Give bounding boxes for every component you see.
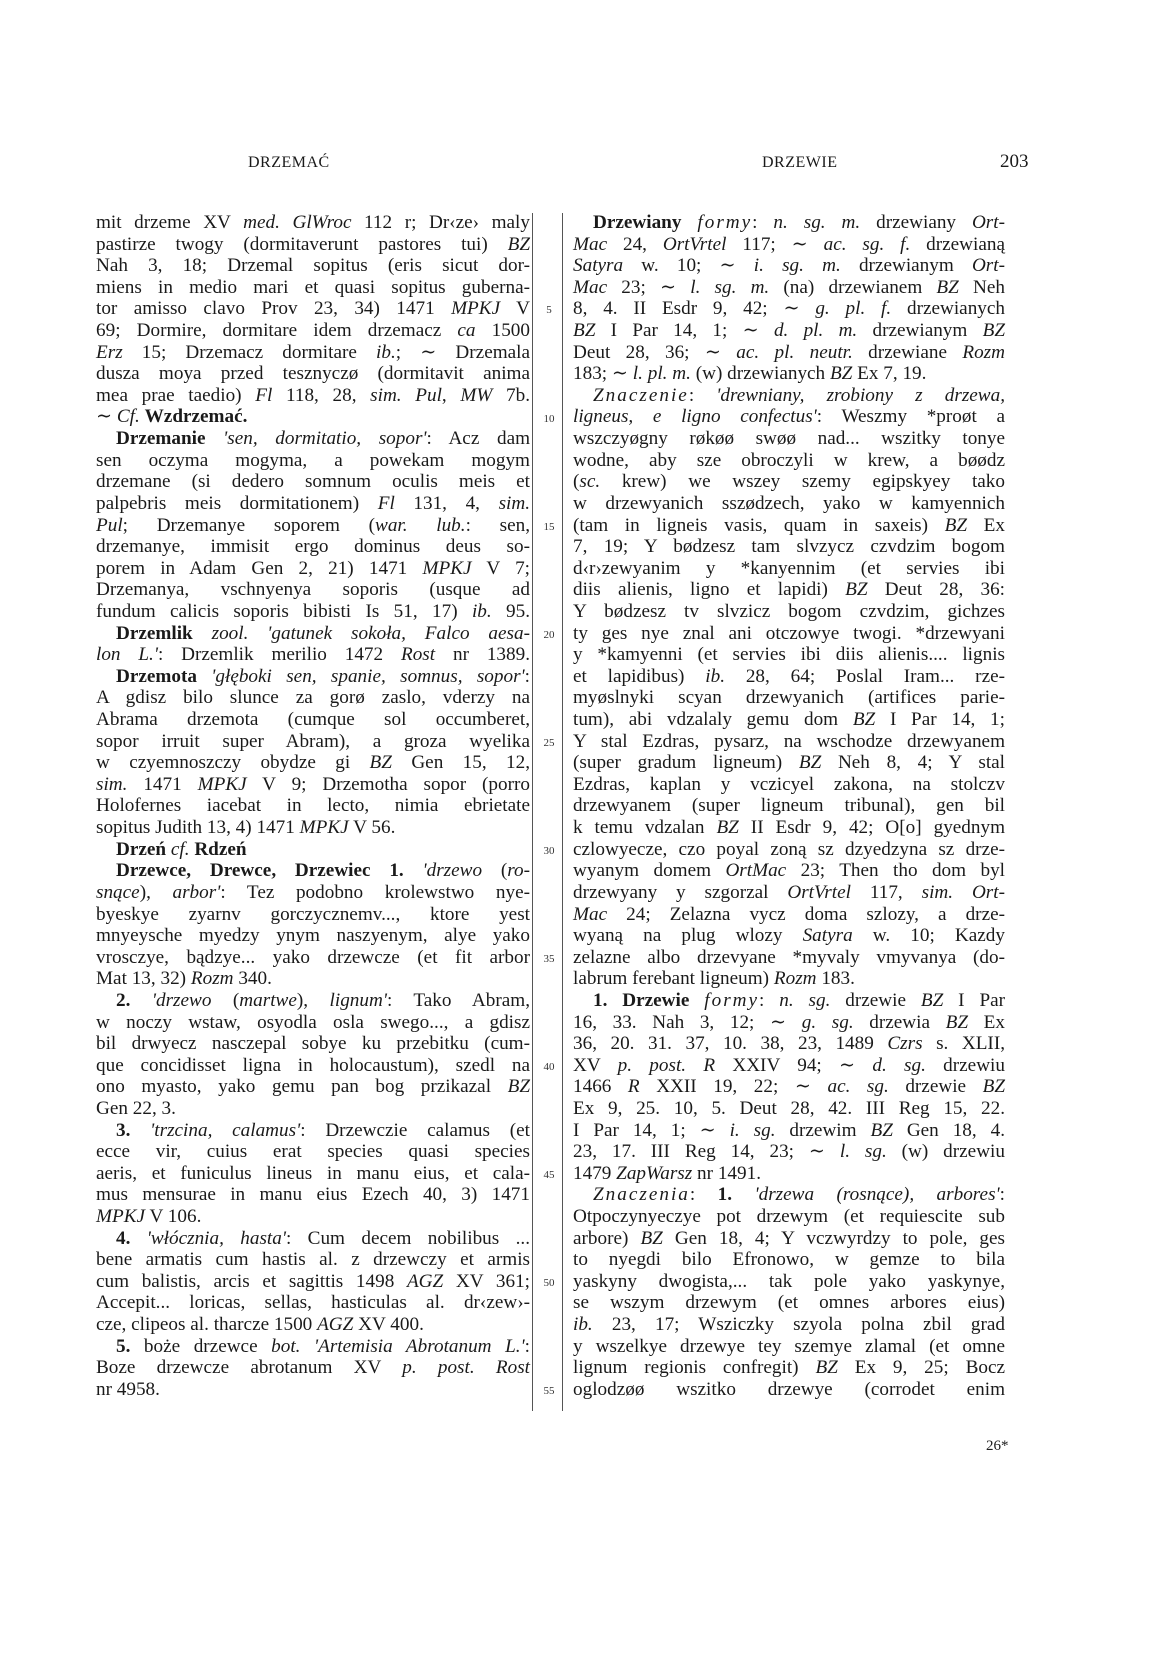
text-run: XXII 19, 22; ∼	[640, 1076, 828, 1097]
text-run: ib.	[376, 342, 396, 363]
text-run: mea prae taedio)	[96, 385, 255, 406]
text-line: Drzewiany formy: n. sg. m. drzewiany Ort…	[573, 212, 1005, 234]
text-run: bene armatis cum hastis al. z drzewczy e…	[96, 1249, 530, 1270]
text-run: : Acz dam	[427, 428, 530, 449]
text-run: :	[1000, 1184, 1005, 1205]
text-run: MPKJ	[96, 1206, 145, 1227]
text-run: BZ	[946, 1012, 968, 1033]
text-line: A gdisz bilo slunce za gorø zaslo, vderz…	[96, 687, 530, 709]
text-run: : Drzemlik merilio 1472	[158, 644, 401, 665]
text-run: 16, 33. Nah 3, 12; ∼	[573, 1012, 802, 1033]
text-run: drzewie	[830, 990, 920, 1011]
text-line: (sc. krew) we wszey szemy egipskyey tako	[573, 471, 1005, 493]
text-run: BZ	[945, 515, 967, 536]
text-line: k temu vdzalan BZ II Esdr 9, 42; O[o] gy…	[573, 817, 1005, 839]
text-line: 4. 'włócznia, hasta': Cum decem nobilibu…	[96, 1228, 530, 1250]
text-run: w. 10; ∼	[623, 255, 754, 276]
text-run: lignum'	[330, 990, 387, 1011]
text-line: drzewyanem (super ligneum tribunal), gen…	[573, 795, 1005, 817]
text-line: Ex 9, 25. 10, 5. Deut 28, 42. III Reg 15…	[573, 1098, 1005, 1120]
text-run: 95.	[492, 601, 530, 622]
text-run: ),	[140, 882, 173, 903]
text-run: sim.	[499, 493, 530, 514]
text-line: wyanym domem OrtMac 23; Then tho dom byl	[573, 860, 1005, 882]
text-run: to nyegdi bilo Efronowo, w gemze to bila	[573, 1249, 1005, 1270]
text-run: : Drzewczie calamus (et	[300, 1120, 530, 1141]
text-line: I Par 14, 1; ∼ i. sg. drzewim BZ Gen 18,…	[573, 1120, 1005, 1142]
text-line: Drzemlik zool. 'gatunek sokoła, Falco ae…	[96, 623, 530, 645]
text-line: myøslnyki scyan drzewyanich (artifices p…	[573, 687, 1005, 709]
text-run: Rozm	[191, 968, 234, 989]
text-run: Drzewiany	[593, 212, 681, 233]
line-number: 40	[540, 1061, 558, 1073]
text-run: g. pl. f.	[815, 298, 891, 319]
text-run: Nah 3, 18; Drzemal sopitus (eris sicut d…	[96, 255, 530, 276]
text-run: n. sg. m.	[773, 212, 860, 233]
text-line: 1479 ZapWarsz nr 1491.	[573, 1163, 1005, 1185]
right-column: Drzewiany formy: n. sg. m. drzewiany Ort…	[573, 212, 1005, 1401]
text-run: vrosczye, bądzye... yako drzewcze (et fi…	[96, 947, 530, 968]
text-run: Drzeń	[116, 839, 166, 860]
text-line: cze, clipeos al. tharcze 1500 AGZ XV 400…	[96, 1314, 530, 1336]
text-run: 15; Drzemacz dormitare	[123, 342, 376, 363]
line-number: 5	[540, 304, 558, 316]
text-run: Satyra	[803, 925, 853, 946]
text-line: y *kamyenni (et servies ibi diis alienis…	[573, 644, 1005, 666]
text-run: se wszym drzewym (et omnes arbores eius)	[573, 1292, 1005, 1313]
text-run: Rozm	[962, 342, 1005, 363]
text-line: 5. boże drzewce bot. 'Artemisia Abrotanu…	[96, 1336, 530, 1358]
text-line: czlowyecze, czo poyal zoną sz dzyedzyna …	[573, 839, 1005, 861]
text-run: BZ	[716, 817, 738, 838]
text-run: V 106.	[145, 1206, 201, 1227]
text-run: i. sg. m.	[754, 255, 841, 276]
text-run: 117,	[851, 882, 922, 903]
text-line: mea prae taedio) Fl 118, 28, sim. Pul, M…	[96, 385, 530, 407]
text-run: Rost	[401, 644, 435, 665]
text-run: 117; ∼	[726, 234, 823, 255]
text-run: Ex 7, 19.	[852, 363, 926, 384]
text-line: 8, 4. II Esdr 9, 42; ∼ g. pl. f. drzewia…	[573, 298, 1005, 320]
text-run: ca	[457, 320, 475, 341]
text-run: ty ges nye znal ani otczowye twogi. *drz…	[573, 623, 1005, 644]
text-run: p. post. R	[618, 1055, 715, 1076]
text-run: I Par	[943, 990, 1005, 1011]
text-line: 36, 20. 31. 37, 10. 38, 23, 1489 Czrs s.…	[573, 1033, 1005, 1055]
text-run: drzewiane	[853, 342, 963, 363]
text-run: ecce vir, cuius erat species quasi speci…	[96, 1141, 530, 1162]
text-line: Satyra w. 10; ∼ i. sg. m. drzewianym Ort…	[573, 255, 1005, 277]
text-line: yaskyny dwogista,... tak pole yako yasky…	[573, 1271, 1005, 1293]
text-run: Deut 28, 36:	[868, 579, 1005, 600]
text-run: Znaczenie	[593, 385, 689, 406]
text-run: krew) we wszey szemy egipskyey tako	[600, 471, 1005, 492]
text-run: cf.	[171, 839, 190, 860]
text-run: zelazne albo drzevyane *myvaly vmyvanya …	[573, 947, 1005, 968]
text-run: Fl	[378, 493, 395, 514]
text-line: Mac 23; ∼ l. sg. m. (na) drzewianem BZ N…	[573, 277, 1005, 299]
text-run: :	[759, 990, 779, 1011]
text-run: 1.	[718, 1184, 732, 1205]
text-run: (tam in ligneis vasis, quam in saxeis)	[573, 515, 945, 536]
text-line: ono myasto, yako gemu pan bog przikazal …	[96, 1076, 530, 1098]
text-run: 7, 19; Y bødzesz tam slvzycz czvdzim bog…	[573, 536, 1005, 557]
text-run: 'trzcina, calamus'	[150, 1120, 300, 1141]
text-line: sim. 1471 MPKJ V 9; Drzemotha sopor (por…	[96, 774, 530, 796]
text-run: Mat 13, 32)	[96, 968, 191, 989]
text-run: OrtMac	[725, 860, 786, 881]
text-line: mnyeysche myedzy ynym naszyenym, alye ya…	[96, 925, 530, 947]
text-run: 69; Dormire, dormitare idem drzemacz	[96, 320, 457, 341]
text-line: d‹r›zewyanim y *kanyennim (et servies ib…	[573, 558, 1005, 580]
text-run: 1471	[127, 774, 197, 795]
text-run: drzewia	[854, 1012, 946, 1033]
text-run: Drzemanya, vschnyenya soporis (usque ad	[96, 579, 530, 600]
text-run: drzewianym	[841, 255, 972, 276]
text-line: pastirze twogy (dormitaverunt pastores t…	[96, 234, 530, 256]
text-line: mit drzeme XV med. GlWroc 112 r; Dr‹ze› …	[96, 212, 530, 234]
text-run: V 9; Drzemotha sopor (porro	[247, 774, 530, 795]
text-run: (	[482, 860, 507, 881]
text-line: Pul; Drzemanye soporem (war. lub.: sen,	[96, 515, 530, 537]
text-run: Mac	[573, 234, 607, 255]
line-number: 50	[540, 1277, 558, 1289]
text-run: Neh 8, 4; Y stal	[821, 752, 1005, 773]
text-line: diis alienis, ligno et lapidi) BZ Deut 2…	[573, 579, 1005, 601]
text-run: :	[525, 666, 530, 687]
text-run: BZ	[370, 752, 392, 773]
text-run: w czyemnoszczy obydze gi	[96, 752, 370, 773]
text-run: Fl	[255, 385, 272, 406]
text-run: drzewiany	[860, 212, 972, 233]
text-run: 'drzewo	[423, 860, 483, 881]
text-line: Mac 24; Zelazna vycz doma szlozy, a drze…	[573, 904, 1005, 926]
text-line: bene armatis cum hastis al. z drzewczy e…	[96, 1249, 530, 1271]
text-line: vrosczye, bądzye... yako drzewcze (et fi…	[96, 947, 530, 969]
text-line: to nyegdi bilo Efronowo, w gemze to bila	[573, 1249, 1005, 1271]
text-run: med. GlWroc	[243, 212, 351, 233]
text-run: l. pl. m.	[633, 363, 691, 384]
text-run: bot. 'Artemisia Abrotanum L.'	[271, 1336, 525, 1357]
text-line: ib. 23, 17; Wsziczky szyola polna zbil g…	[573, 1314, 1005, 1336]
text-run: Pul	[96, 515, 123, 536]
text-run: 'drewniany, zrobiony z drzewa,	[716, 385, 1005, 406]
text-run: II Esdr 9, 42; O[o] gyednym	[739, 817, 1005, 838]
text-line: drzemanye, immisit ergo dominus deus so-	[96, 536, 530, 558]
text-run: que concidisset ligna in holocaustum), s…	[96, 1055, 530, 1076]
text-line: 23, 17. III Reg 14, 23; ∼ l. sg. (w) drz…	[573, 1141, 1005, 1163]
text-line: lignum regionis confregit) BZ Ex 9, 25; …	[573, 1357, 1005, 1379]
text-line: Drzewce, Drewce, Drzewiec 1. 'drzewo (ro…	[96, 860, 530, 882]
text-line: bil drwyecz nasczepal sobye ku przebitku…	[96, 1033, 530, 1055]
text-run: Rdzeń	[194, 839, 246, 860]
text-line: wyaną na plug wlozy Satyra w. 10; Kazdy	[573, 925, 1005, 947]
text-run: w drzewyanich sszødzech, yako w kamyenni…	[573, 493, 1005, 514]
text-line: drzewyany y szgorzal OrtVrtel 117, sim. …	[573, 882, 1005, 904]
text-run: lon L.'	[96, 644, 158, 665]
text-run: BZ	[845, 579, 867, 600]
text-run: : Weszmy *proøt a	[817, 406, 1005, 427]
text-run	[689, 990, 704, 1011]
text-run: ro-	[507, 860, 530, 881]
text-run: BZ	[870, 1120, 892, 1141]
text-line: w noczy wstaw, osyodla osla swego..., a …	[96, 1012, 530, 1034]
running-head-right: DRZEWIE	[762, 154, 837, 172]
text-line: sen oczyma mogyma, a powekam mogym	[96, 450, 530, 472]
text-run: 24,	[607, 234, 663, 255]
text-run: 183; ∼	[573, 363, 633, 384]
text-run: Ex	[967, 515, 1005, 536]
text-line: Holofernes iacebat in lecto, nimia ebrie…	[96, 795, 530, 817]
text-run: Neh	[959, 277, 1005, 298]
text-line: (tam in ligneis vasis, quam in saxeis) B…	[573, 515, 1005, 537]
text-run: 118, 28,	[272, 385, 370, 406]
text-run: ),	[297, 990, 330, 1011]
text-line: palpebris meis dormitationem) Fl 131, 4,…	[96, 493, 530, 515]
text-line: 183; ∼ l. pl. m. (w) drzewianych BZ Ex 7…	[573, 363, 1005, 385]
text-run: sopitus Judith 13, 4) 1471	[96, 817, 300, 838]
text-run: XV 400.	[353, 1314, 424, 1335]
text-run: Y stal Ezdras, pysarz, na wschodze drzew…	[573, 731, 1005, 752]
text-run: mus mensurae in manu eius Ezech 40, 3) 1…	[96, 1184, 530, 1205]
text-run: boże drzewce	[130, 1336, 271, 1357]
text-run: Mac	[573, 904, 607, 925]
text-run: 1500	[476, 320, 531, 341]
text-run: BZ	[799, 752, 821, 773]
text-run: g. sg.	[802, 1012, 854, 1033]
text-line: nr 4958.	[96, 1379, 530, 1401]
text-run: 4.	[116, 1228, 130, 1249]
text-run: 23; Then tho dom byl	[786, 860, 1005, 881]
text-run: Rozm	[774, 968, 817, 989]
text-run	[130, 990, 151, 1011]
text-run: 23, 17. III Reg 14, 23; ∼	[573, 1141, 840, 1162]
text-run: bil drwyecz nasczepal sobye ku przebitku…	[96, 1033, 530, 1054]
text-run: Ex 9, 25; Bocz	[838, 1357, 1005, 1378]
text-line: wszczyøgny røkøø swøø nad... wszitky ton…	[573, 428, 1005, 450]
text-run: byeskye zyarnv gorczycznemv..., ktore ye…	[96, 904, 530, 925]
text-run: ; ∼ Drzemala	[396, 342, 530, 363]
text-run: Gen 18, 4; Y vczwyrdzy to pole, ges	[663, 1228, 1005, 1249]
text-run: 183.	[817, 968, 855, 989]
text-run: Gen 15, 12,	[392, 752, 530, 773]
text-run: w. 10; Kazdy	[853, 925, 1005, 946]
column-rule-right	[562, 213, 563, 1411]
text-line: mus mensurae in manu eius Ezech 40, 3) 1…	[96, 1184, 530, 1206]
text-run	[130, 1120, 150, 1141]
text-run: 1. Drzewie	[593, 990, 689, 1011]
text-run: Ex	[968, 1012, 1005, 1033]
text-run	[732, 1184, 754, 1205]
text-run: (w) drzewiu	[887, 1141, 1005, 1162]
text-run: :	[525, 1336, 530, 1357]
text-line: Nah 3, 18; Drzemal sopitus (eris sicut d…	[96, 255, 530, 277]
text-run: sim. Ort-	[922, 882, 1005, 903]
text-run: ligneus, e ligno confectus'	[573, 406, 817, 427]
text-run: Znaczenia	[593, 1184, 690, 1205]
text-run: Satyra	[573, 255, 623, 276]
text-run: drzewyany y szgorzal	[573, 882, 787, 903]
text-line: XV p. post. R XXIV 94; ∼ d. sg. drzewiu	[573, 1055, 1005, 1077]
text-run: BZ	[830, 363, 852, 384]
text-run: labrum ferebant ligneum)	[573, 968, 774, 989]
text-line: Drzeń cf. Rdzeń	[96, 839, 530, 861]
text-run: d. sg.	[872, 1055, 926, 1076]
text-run: miens in medio mari et quasi sopitus gub…	[96, 277, 530, 298]
text-run: y wszelkye drzewye tey szemye zlamal (et…	[573, 1336, 1005, 1357]
text-line: w drzewyanich sszødzech, yako w kamyenni…	[573, 493, 1005, 515]
text-run: s. XLII,	[923, 1033, 1005, 1054]
line-number: 20	[540, 629, 558, 641]
text-run: k temu vdzalan	[573, 817, 716, 838]
text-run: I Par 14, 1; ∼	[595, 320, 774, 341]
text-line: Deut 28, 36; ∼ ac. pl. neutr. drzewiane …	[573, 342, 1005, 364]
text-run: w noczy wstaw, osyodla osla swego..., a …	[96, 1012, 530, 1033]
text-line: 69; Dormire, dormitare idem drzemacz ca …	[96, 320, 530, 342]
text-run: oglodzøø wszitko drzewye (corrodet enim	[573, 1379, 1005, 1400]
line-number: 25	[540, 737, 558, 749]
text-run: BZ	[573, 320, 595, 341]
line-number: 55	[540, 1385, 558, 1397]
text-run: drzemane (si dedero somnum oculis meis e…	[96, 471, 530, 492]
text-run: 5.	[116, 1336, 130, 1357]
text-run: formy	[697, 212, 752, 233]
text-run: Gen 22, 3.	[96, 1098, 176, 1119]
line-number: 35	[540, 953, 558, 965]
text-line: lon L.': Drzemlik merilio 1472 Rost nr 1…	[96, 644, 530, 666]
text-run: AGZ	[317, 1314, 353, 1335]
text-line: drzemane (si dedero somnum oculis meis e…	[96, 471, 530, 493]
text-run: (	[211, 990, 239, 1011]
text-line: snące), arbor': Tez podobno krolewstwo n…	[96, 882, 530, 904]
signature-mark: 26*	[986, 1438, 1009, 1455]
text-run: :	[752, 212, 773, 233]
text-line: BZ I Par 14, 1; ∼ d. pl. m. drzewianym B…	[573, 320, 1005, 342]
text-run: (w) drzewianych	[691, 363, 830, 384]
text-line: que concidisset ligna in holocaustum), s…	[96, 1055, 530, 1077]
text-line: Znaczenie: 'drewniany, zrobiony z drzewa…	[573, 385, 1005, 407]
text-run: ib.	[472, 601, 492, 622]
text-line: Otpoczynyeczye pot drzewym (et requiesci…	[573, 1206, 1005, 1228]
running-head-left: DRZEMAĆ	[248, 154, 330, 172]
text-line: 16, 33. Nah 3, 12; ∼ g. sg. drzewia BZ E…	[573, 1012, 1005, 1034]
text-run: sopor irruit super Abram), a groza wyeli…	[96, 731, 530, 752]
text-run: BZ	[815, 1357, 837, 1378]
text-line: et lapidibus) ib. 28, 64; Poslal Iram...…	[573, 666, 1005, 688]
text-run: OrtVrtel	[787, 882, 851, 903]
text-run: MPKJ	[451, 298, 500, 319]
text-run: d. pl. m.	[774, 320, 857, 341]
line-number: 10	[540, 413, 558, 425]
text-run: pastirze twogy (dormitaverunt pastores t…	[96, 234, 508, 255]
text-run: czlowyecze, czo poyal zoną sz dzyedzyna …	[573, 839, 1005, 860]
text-line: 7, 19; Y bødzesz tam slvzycz czvdzim bog…	[573, 536, 1005, 558]
text-line: wodne, aby sze obroczyli w krew, a bøødz	[573, 450, 1005, 472]
text-run: 8, 4. II Esdr 9, 42; ∼	[573, 298, 815, 319]
text-run: Wzdrzemać.	[145, 406, 248, 427]
text-run: tor amisso clavo Prov 23, 34) 1471	[96, 298, 451, 319]
text-run: 2.	[116, 990, 130, 1011]
text-run: arbore)	[573, 1228, 640, 1249]
text-run: (super gradum ligneum)	[573, 752, 799, 773]
text-run: wyanym domem	[573, 860, 725, 881]
text-line: cum balistis, arcis et sagittis 1498 AGZ…	[96, 1271, 530, 1293]
text-line: miens in medio mari et quasi sopitus gub…	[96, 277, 530, 299]
text-run: ib.	[573, 1314, 593, 1335]
text-line: Mat 13, 32) Rozm 340.	[96, 968, 530, 990]
text-line: 2. 'drzewo (martwe), lignum': Tako Abram…	[96, 990, 530, 1012]
text-line: 1466 R XXII 19, 22; ∼ ac. sg. drzewie BZ	[573, 1076, 1005, 1098]
text-line: porem in Adam Gen 2, 21) 1471 MPKJ V 7;	[96, 558, 530, 580]
text-run: Cf.	[117, 406, 140, 427]
text-run: XV	[573, 1055, 618, 1076]
text-run: MPKJ	[198, 774, 247, 795]
text-run: Mac	[573, 277, 607, 298]
text-line: Ezdras, kaplan y vczicyel zakona, na sto…	[573, 774, 1005, 796]
text-line: aeris, et funiculus lineus in manu eius,…	[96, 1163, 530, 1185]
text-line: Drzemota 'głęboki sen, spanie, somnus, s…	[96, 666, 530, 688]
text-run	[193, 623, 212, 644]
text-run: OrtVrtel	[663, 234, 727, 255]
text-run: R	[628, 1076, 640, 1097]
text-run: porem in Adam Gen 2, 21) 1471	[96, 558, 422, 579]
text-run: MW	[460, 385, 492, 406]
text-run: BZ	[640, 1228, 662, 1249]
text-line: Gen 22, 3.	[96, 1098, 530, 1120]
text-line: (super gradum ligneum) BZ Neh 8, 4; Y st…	[573, 752, 1005, 774]
text-run: snące	[96, 882, 140, 903]
text-run: lignum regionis confregit)	[573, 1357, 815, 1378]
text-run	[404, 860, 423, 881]
text-run: Deut 28, 36; ∼	[573, 342, 736, 363]
text-line: Erz 15; Drzemacz dormitare ib.; ∼ Drzema…	[96, 342, 530, 364]
text-run	[681, 212, 697, 233]
text-run: :	[689, 385, 716, 406]
text-line: fundum calicis soporis bibisti Is 51, 17…	[96, 601, 530, 623]
page-number: 203	[1000, 151, 1029, 173]
text-run: ac. pl. neutr.	[736, 342, 853, 363]
text-run: tum), abi vdzalaly gemu dom	[573, 709, 853, 730]
text-line: MPKJ V 106.	[96, 1206, 530, 1228]
text-line: Y bødzesz tv slvzicz bogom czvdzim, gich…	[573, 601, 1005, 623]
text-run: mnyeysche myedzy ynym naszyenym, alye ya…	[96, 925, 530, 946]
text-run: n. sg.	[779, 990, 830, 1011]
text-run: (na) drzewianem	[769, 277, 936, 298]
text-run: 23, 17; Wsziczky szyola polna zbil grad	[593, 1314, 1005, 1335]
text-run: :	[690, 1184, 718, 1205]
text-line: 3. 'trzcina, calamus': Drzewczie calamus…	[96, 1120, 530, 1142]
text-run: wodne, aby sze obroczyli w krew, a bøødz	[573, 450, 1005, 471]
text-run: V	[500, 298, 530, 319]
text-run: 36, 20. 31. 37, 10. 38, 23, 1489	[573, 1033, 887, 1054]
text-line: ligneus, e ligno confectus': Weszmy *pro…	[573, 406, 1005, 428]
text-run: p. post. Rost	[402, 1357, 530, 1378]
text-run: Drzemlik	[116, 623, 193, 644]
left-column: mit drzeme XV med. GlWroc 112 r; Dr‹ze› …	[96, 212, 530, 1401]
text-run: nr 4958.	[96, 1379, 160, 1400]
text-run: MPKJ	[422, 558, 471, 579]
text-run: ac. sg.	[827, 1076, 888, 1097]
text-run: nr 1389.	[435, 644, 530, 665]
text-run: Drzewce, Drewce, Drzewiec 1.	[116, 860, 404, 881]
text-run: drzewiu	[926, 1055, 1005, 1076]
text-run: ,	[442, 385, 460, 406]
text-run: drzewie	[889, 1076, 983, 1097]
text-run: Gen 18, 4.	[893, 1120, 1005, 1141]
text-run: martwe	[239, 990, 297, 1011]
text-line: tum), abi vdzalaly gemu dom BZ I Par 14,…	[573, 709, 1005, 731]
text-line: se wszym drzewym (et omnes arbores eius)	[573, 1292, 1005, 1314]
